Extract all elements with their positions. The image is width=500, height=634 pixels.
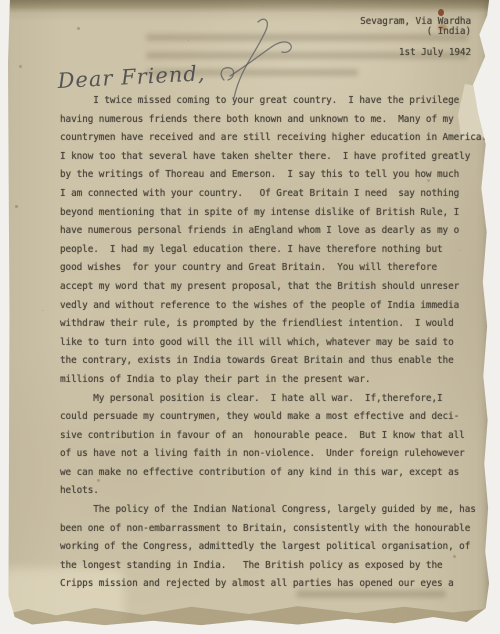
typed-line: accept my word that my present proposal,… bbox=[60, 278, 500, 297]
typed-line: I know too that several have taken shelt… bbox=[60, 148, 500, 167]
place-line-2: ( India) bbox=[360, 27, 471, 37]
rust-stain-dot bbox=[438, 9, 444, 16]
scanned-letter-page: { "page": { "background_color": "#f1f0ec… bbox=[0, 0, 500, 634]
typed-line: been one of non-embarrassment to Britain… bbox=[60, 520, 500, 539]
typed-line: the contrary, exists in India towards Gr… bbox=[60, 352, 500, 371]
typed-line: people. I had my legal education there. … bbox=[60, 241, 500, 260]
typed-line: could persuade my countrymen, they would… bbox=[60, 408, 500, 427]
typed-line: by the writings of Thoreau and Emerson. … bbox=[60, 166, 500, 185]
salutation-text: Dear Friend, bbox=[56, 61, 206, 93]
typed-line: My personal position is clear. I hate al… bbox=[60, 390, 500, 409]
typed-line: good wishes for your country and Great B… bbox=[60, 259, 500, 278]
typed-line: like to turn into good will the ill will… bbox=[60, 334, 500, 353]
typed-line: have numerous personal friends in aEngla… bbox=[60, 222, 500, 241]
typed-line: of us have not a living faith in non-vio… bbox=[60, 445, 500, 464]
letter-paper: Sevagram, Via Wardha ( India) 1st July 1… bbox=[8, 0, 491, 627]
typed-line: vedly and without reference to the wishe… bbox=[60, 297, 500, 316]
typed-line: Cripps mission and rejected by almost al… bbox=[60, 575, 500, 594]
paper-speckles bbox=[8, 0, 9, 1]
letter-header: Sevagram, Via Wardha ( India) 1st July 1… bbox=[360, 17, 471, 58]
typed-line: countrymen have received and are still r… bbox=[60, 129, 500, 148]
typed-line: millions of India to play their part in … bbox=[60, 371, 500, 390]
letter-body: I twice missed coming to your great coun… bbox=[60, 92, 500, 594]
typed-line: The policy of the Indian National Congre… bbox=[60, 501, 500, 520]
typed-line: beyond mentioning that in spite of my in… bbox=[60, 204, 500, 223]
typed-line: I am connected with your country. Of Gre… bbox=[60, 185, 500, 204]
typed-line: working of the Congress, admittedly the … bbox=[60, 538, 500, 557]
typed-line: withdraw their rule, is prompted by the … bbox=[60, 315, 500, 334]
typed-line: helots. bbox=[60, 482, 500, 501]
date-line: 1st July 1942 bbox=[360, 48, 471, 58]
typed-line: we can make no effective contribution of… bbox=[60, 464, 500, 483]
typed-line: having numerous friends there both known… bbox=[60, 111, 500, 130]
typed-line: I twice missed coming to your great coun… bbox=[60, 92, 500, 111]
typed-line: sive contribution in favour of an honour… bbox=[60, 427, 500, 446]
typed-line: the longest standing in India. The Briti… bbox=[60, 557, 500, 576]
